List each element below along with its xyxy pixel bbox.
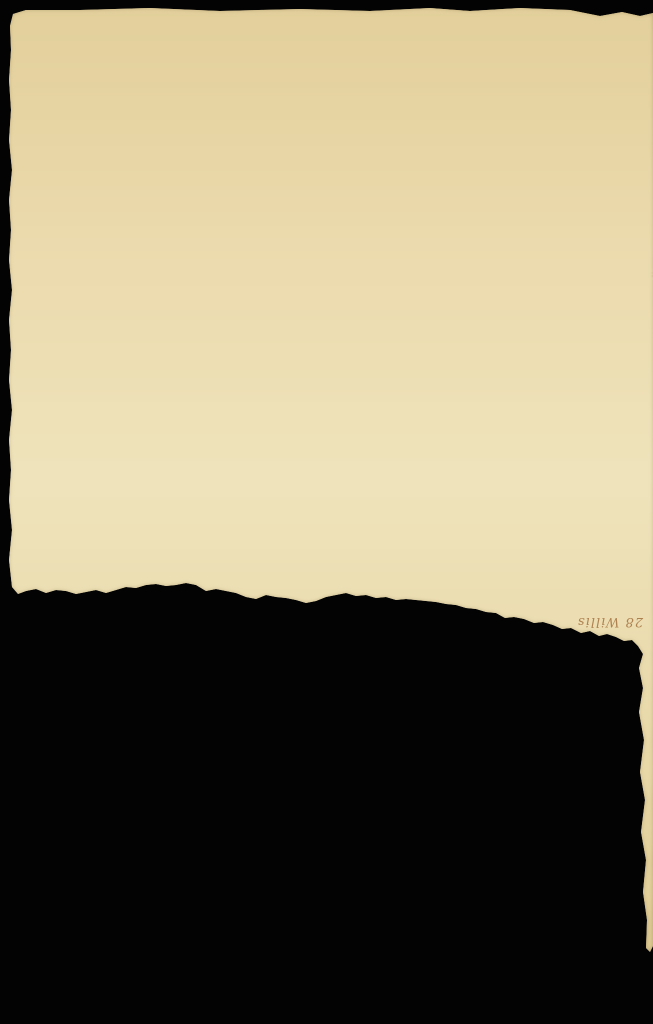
- torn-document-scan: 28 Willis: [0, 0, 653, 1024]
- scan-canvas: 28 Willis: [0, 0, 653, 1024]
- handwritten-inscription: 28 Willis: [577, 614, 644, 629]
